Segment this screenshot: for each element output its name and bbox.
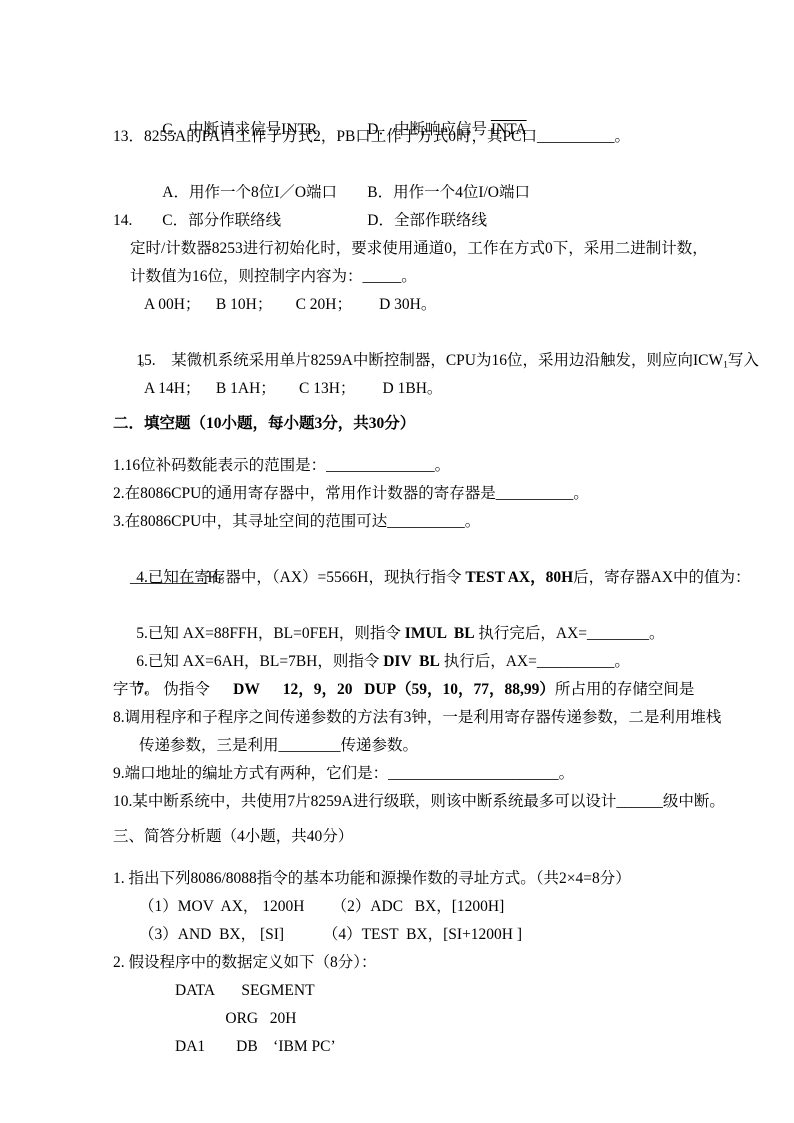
sa-q2-code-line-3: DA1 DB ‘IBM PC’ xyxy=(113,1033,773,1061)
q15-stem: 15. 某微机系统采用单片8259A中断控制器，CPU为16位，采用边沿触发，则… xyxy=(113,319,773,347)
fill-q5-suffix: 执行完后，AX=________。 xyxy=(475,625,665,642)
fill-q4-line-1: 4.已知在寄存器中，（AX）=5566H，现执行指令 TEST AX，80H后，… xyxy=(113,536,773,564)
fill-q7-suffix: 所占用的存储空间是 xyxy=(555,681,695,698)
fill-q9: 9.端口地址的编址方式有两种，它们是：_____________________… xyxy=(113,760,773,788)
sa-q1-instructions-row-2: （3）AND BX， [SI] （4）TEST BX，[SI+1200H ] xyxy=(113,921,773,949)
fill-q1: 1.16位补码数能表示的范围是：______________。 xyxy=(113,452,773,480)
q12-options-row: C．中断请求信号INTRD．中断响应信号 INTA xyxy=(113,88,773,116)
fill-q8-line-2: 传递参数，三是利用________传递参数。 xyxy=(113,732,773,760)
q13-options-row-1: A．用作一个8位I／O端口B．用作一个4位I/O端口 xyxy=(113,151,773,179)
fill-q5: 5.已知 AX=88FFH，BL=0FEH，则指令 IMUL BL 执行完后，A… xyxy=(113,592,773,620)
sa-q2-code-line-1: DATA SEGMENT xyxy=(113,977,773,1005)
q15-stem-tail: 写入 xyxy=(728,352,759,369)
q13-option-d: D．全部作联络线 xyxy=(367,212,487,229)
q13-option-c: C．部分作联络线 xyxy=(162,207,367,235)
fill-section-header: 二．填空题（10小题，每小题3分，共30分） xyxy=(113,410,773,438)
exam-content: C．中断请求信号INTRD．中断响应信号 INTA 13．8255A的PA口工作… xyxy=(113,88,773,1061)
q14-options-row: A 00H； B 10H； C 20H； D 30H。 xyxy=(113,291,773,319)
fill-q7-directive: DW 12，9，20 DUP（59，10，77，88,99） xyxy=(233,681,555,698)
fill-q8-line-1: 8.调用程序和子程序之间传递参数的方法有3钟，一是利用寄存器传递参数，二是利用堆… xyxy=(113,704,773,732)
sa-section-header: 三、简答分析题（4小题，共40分） xyxy=(113,823,773,851)
q14-body-line-2: 计数值为16位，则控制字内容为：_____。 xyxy=(113,263,773,291)
sa-q2-code-line-2: ORG 20H xyxy=(113,1005,773,1033)
fill-q4-suffix: 后，寄存器AX中的值为： xyxy=(573,569,750,586)
fill-q4-instruction: TEST AX，80H xyxy=(465,569,573,586)
q13-option-a: A．用作一个8位I／O端口 xyxy=(162,179,367,207)
sa-q1-stem: 1. 指出下列8086/8088指令的基本功能和源操作数的寻址方式。（共2×4=… xyxy=(113,865,773,893)
exam-page: C．中断请求信号INTRD．中断响应信号 INTA 13．8255A的PA口工作… xyxy=(0,0,794,1123)
fill-q3: 3.在8086CPU中，其寻址空间的范围可达__________。 xyxy=(113,508,773,536)
fill-q2: 2.在8086CPU的通用寄存器中，常用作计数器的寄存器是__________。 xyxy=(113,480,773,508)
fill-q6-prefix: 6.已知 AX=6AH，BL=7BH，则指令 xyxy=(136,653,383,670)
sa-q1-instructions-row-1: （1）MOV AX， 1200H （2）ADC BX，[1200H] xyxy=(113,893,773,921)
q15-stem-text: 15. 某微机系统采用单片8259A中断控制器，CPU为16位，采用边沿触发，则… xyxy=(136,352,723,369)
q13-option-b: B．用作一个4位I/O端口 xyxy=(367,184,530,201)
q14-body-line-1: 定时/计数器8253进行初始化时，要求使用通道0，工作在方式0下，采用二进制计数… xyxy=(113,235,773,263)
fill-q5-prefix: 5.已知 AX=88FFH，BL=0FEH，则指令 xyxy=(136,625,405,642)
fill-q6-suffix: 执行后，AX=__________。 xyxy=(440,653,630,670)
fill-q5-instruction: IMUL BL xyxy=(405,625,475,642)
fill-q6-instruction: DIV BL xyxy=(383,653,440,670)
q13-stem: 13．8255A的PA口工作于方式2，PB口工作于方式0时，其PC口______… xyxy=(113,123,773,151)
q15-options-row: A 14H； B 1AH； C 13H； D 1BH。 xyxy=(113,375,773,403)
sa-q2-stem: 2. 假设程序中的数据定义如下（8分）： xyxy=(113,949,773,977)
fill-q10: 10.某中断系统中，共使用7片8259A进行级联，则该中断系统最多可以设计___… xyxy=(113,788,773,816)
